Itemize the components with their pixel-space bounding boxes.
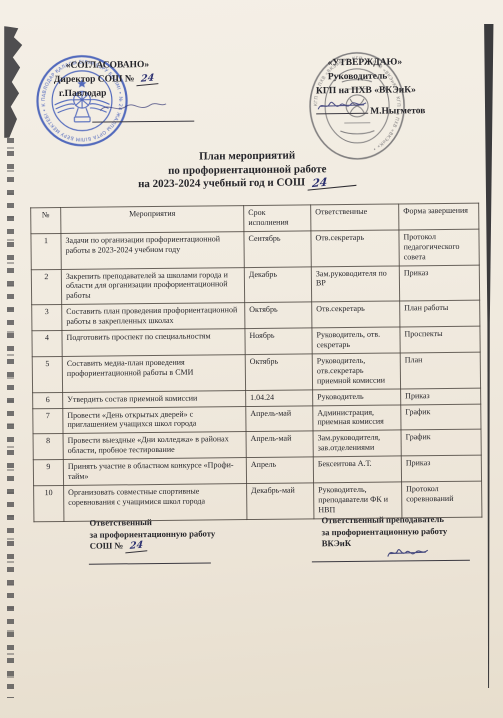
approval-left-title: «СОГЛАСОВАНО» [66,58,159,73]
cell-responsible: Бексеитова А.Т. [313,456,401,483]
table-row: 2Закрепить преподавателей за школами гор… [31,265,479,305]
cell-form: План [400,352,480,389]
table-header-cell-3: Ответственные [311,204,399,231]
cell-activity: Провести выездные «Дни колледжа» в район… [63,432,246,460]
cell-responsible: Администрация, приемная комиссия [313,404,401,431]
teacher-signature-scribble [386,544,430,567]
cell-activity: Принять участие в областном конкурсе «Пр… [63,458,246,486]
cell-term: Декабрь-май [247,483,314,519]
cell-num: 7 [33,408,63,434]
cell-term: Апрель-май [246,405,313,432]
approval-left-block: «СОГЛАСОВАНО» Директор СОШ № 24 г.Павлод… [54,58,160,101]
activities-plan-table: №МероприятияСрок исполненияОтветственные… [30,203,482,522]
cell-num: 4 [32,331,62,357]
signature-block-school: Ответственный за профориентационную рабо… [89,516,215,552]
cell-responsible: Зам.руководителя по ВР [311,265,399,302]
cell-responsible: Руководитель, отв. секретарь [312,327,400,354]
table-header-cell-2: Срок исполнения [244,205,311,232]
approval-right-role: Руководитель [328,69,425,84]
cell-form: План работы [400,300,480,327]
signature-right-line-2: за профориентационную работу [322,525,448,538]
handwritten-school-number-title: 24 [307,175,357,191]
cell-responsible: Отв.секретарь [311,230,399,267]
cell-term: Октябрь [245,302,312,329]
cell-num: 1 [31,233,61,269]
cell-responsible: Отв.секретарь [312,301,400,328]
signature-rule-left-bottom [89,562,211,564]
cell-activity: Составить план проведения профориентацио… [62,303,245,331]
scanned-document-page: ПАВЛОДАР ҚАЛАСЫ БІЛІМ БЕРУ БӨЛІМІ • № 24… [0,0,503,718]
cell-num: 9 [33,460,63,486]
head-signature-scribble [316,98,368,120]
table-header-cell-1: Мероприятия [61,206,244,234]
cell-activity: Закрепить преподавателей за школами горо… [61,267,244,305]
cell-responsible: Руководитель, преподаватели ФК и НВП [314,482,402,519]
cell-num: 2 [31,269,61,305]
cell-form: График [401,404,481,431]
cell-activity: Подготовить проспект по специальностям [62,329,245,357]
signature-right-line-1: Ответственный преподаватель [321,514,447,527]
table-header-cell-0: № [31,207,61,233]
cell-term: Декабрь [244,266,311,302]
handwritten-school-number: 24 [136,73,159,86]
signature-left-line-2: за профориентационную работу [90,528,216,541]
cell-term: 1.04.24 [246,389,313,406]
table-row: 5Составить медиа-план проведения профори… [32,352,480,392]
cell-term: Сентябрь [244,231,311,267]
approval-left-role: Директор СОШ № 24 [54,74,159,85]
cell-term: Апрель-май [246,431,313,458]
cell-form: Проспекты [400,326,480,353]
cell-num: 8 [33,434,63,460]
cell-form: График [401,429,481,456]
cell-form: Приказ [401,455,481,482]
table-header-cell-4: Форма завершения [399,203,479,230]
director-signature-scribble [98,98,168,124]
approval-right-org: КГП на ПХВ «ВКЭиК» [316,83,425,98]
cell-term: Апрель [246,457,313,484]
cell-form: Протокол соревнований [402,481,482,518]
cell-activity: Провести «День открытых дверей» с пригла… [63,406,246,434]
cell-responsible: Зам.руководителя, зав.отделениями [313,430,401,457]
approval-right-title: «УТВЕРЖДАЮ» [328,55,425,70]
cell-activity: Утвердить состав приемной комиссии [63,390,246,408]
cell-form: Приказ [399,265,479,302]
cell-num: 5 [32,356,62,392]
cell-form: Протокол педагогического совета [399,229,479,266]
approval-right-block: «УТВЕРЖДАЮ» Руководитель КГП на ПХВ «ВКЭ… [316,55,426,119]
approval-right-signer-row: М.Ныгметов [316,97,425,119]
table-row: 1Задачи по организации профориентационно… [31,229,479,269]
signature-left-line-3: СОШ № 24 [90,539,216,552]
cell-num: 6 [33,392,63,408]
cell-form: Приказ [401,388,481,405]
cell-activity: Составить медиа-план проведения профорие… [62,354,245,392]
cell-activity: Организовать совместные спортивные сорев… [64,484,247,522]
approval-right-signer: М.Ныгметов [370,104,425,119]
cell-num: 3 [32,305,62,331]
cell-activity: Задачи по организации профориентационной… [61,231,244,269]
cell-term: Октябрь [245,354,312,390]
document-title: План мероприятий по профориентационной р… [0,147,496,193]
cell-term: Ноябрь [245,328,312,355]
cell-responsible: Руководитель, отв.секретарь приемной ком… [312,353,400,390]
cell-num: 10 [34,485,64,521]
cell-responsible: Руководитель [313,389,401,406]
handwritten-school-number-signature: 24 [125,540,148,553]
